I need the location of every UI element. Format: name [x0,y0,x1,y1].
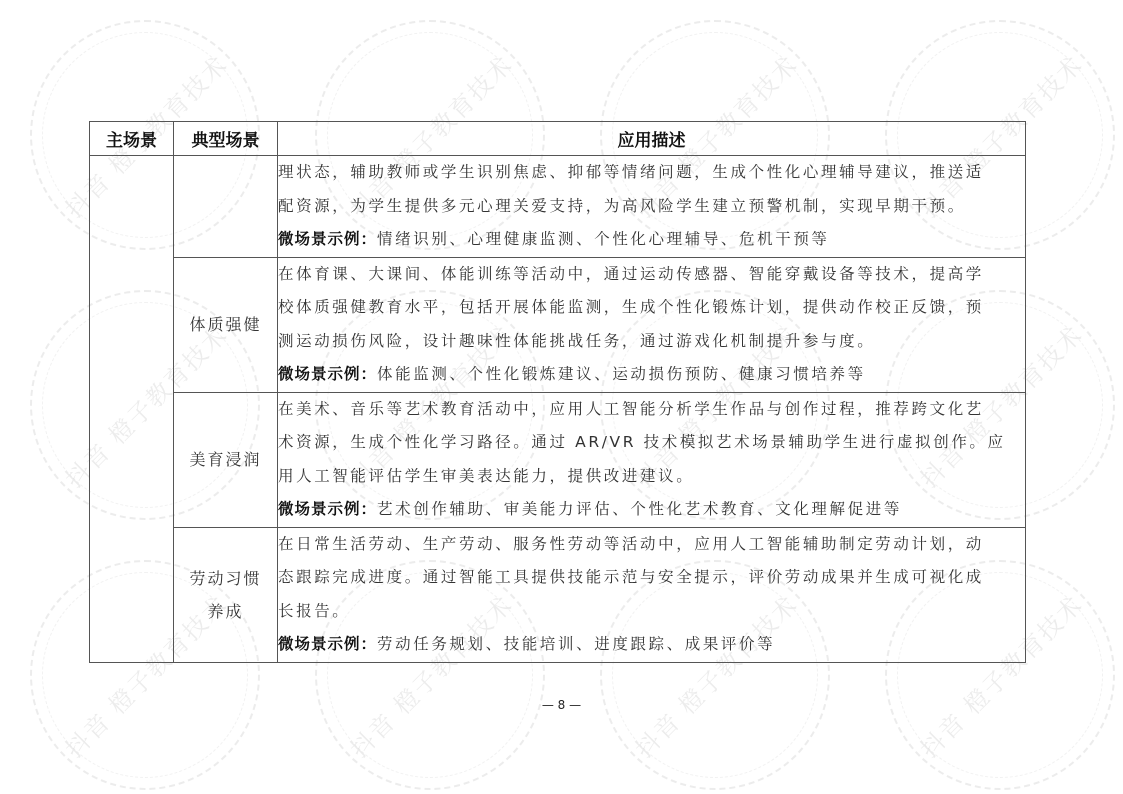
description-line: 长报告。 [278,595,1025,629]
description-line: 术资源，生成个性化学习路径。通过 AR/VR 技术模拟艺术场景辅助学生进行虚拟创… [278,426,1025,460]
table-header-row: 主场景 典型场景 应用描述 [90,122,1026,156]
description-line: 在美术、音乐等艺术教育活动中，应用人工智能分析学生作品与创作过程，推荐跨文化艺 [278,393,1025,427]
header-typical-scene: 典型场景 [174,122,278,156]
description-cell: 理状态，辅助教师或学生识别焦虑、抑郁等情绪问题，生成个性化心理辅导建议，推送适 … [278,156,1026,258]
description-line: 测运动损伤风险，设计趣味性体能挑战任务，通过游戏化机制提升参与度。 [278,325,1025,359]
micro-scene-example: 微场景示例：艺术创作辅助、审美能力评估、个性化艺术教育、文化理解促进等 [278,493,1025,527]
main-scene-cell [90,156,174,663]
micro-scene-example: 微场景示例：情绪识别、心理健康监测、个性化心理辅导、危机干预等 [278,223,1025,257]
micro-scene-text: 情绪识别、心理健康监测、个性化心理辅导、危机干预等 [377,230,830,248]
micro-scene-text: 体能监测、个性化锻炼建议、运动损伤预防、健康习惯培养等 [377,365,866,383]
description-line: 用人工智能评估学生审美表达能力，提供改进建议。 [278,460,1025,494]
description-line: 态跟踪完成进度。通过智能工具提供技能示范与安全提示，评价劳动成果并生成可视化成 [278,561,1025,595]
micro-scene-label: 微场景示例： [278,230,377,248]
typical-scene-line: 养成 [174,595,277,628]
table-row: 美育浸润 在美术、音乐等艺术教育活动中，应用人工智能分析学生作品与创作过程，推荐… [90,392,1026,527]
description-cell: 在美术、音乐等艺术教育活动中，应用人工智能分析学生作品与创作过程，推荐跨文化艺 … [278,392,1026,527]
table-row: 理状态，辅助教师或学生识别焦虑、抑郁等情绪问题，生成个性化心理辅导建议，推送适 … [90,156,1026,258]
table-row: 体质强健 在体育课、大课间、体能训练等活动中，通过运动传感器、智能穿戴设备等技术… [90,257,1026,392]
table-row: 劳动习惯 养成 在日常生活劳动、生产劳动、服务性劳动等活动中，应用人工智能辅助制… [90,527,1026,662]
header-description: 应用描述 [278,122,1026,156]
typical-scene-line: 劳动习惯 [174,562,277,595]
micro-scene-label: 微场景示例： [278,635,377,653]
typical-scene-cell: 劳动习惯 养成 [174,527,278,662]
typical-scene-cell [174,156,278,258]
description-line: 校体质强健教育水平，包括开展体能监测，生成个性化锻炼计划，提供动作校正反馈，预 [278,291,1025,325]
typical-scene-cell: 美育浸润 [174,392,278,527]
description-line: 在体育课、大课间、体能训练等活动中，通过运动传感器、智能穿戴设备等技术，提高学 [278,258,1025,292]
description-line: 配资源，为学生提供多元心理关爱支持，为高风险学生建立预警机制，实现早期干预。 [278,190,1025,224]
scenario-table: 主场景 典型场景 应用描述 理状态，辅助教师或学生识别焦虑、抑郁等情绪问题，生成… [89,121,1026,663]
micro-scene-text: 劳动任务规划、技能培训、进度跟踪、成果评价等 [377,635,775,653]
typical-scene-cell: 体质强健 [174,257,278,392]
description-line: 理状态，辅助教师或学生识别焦虑、抑郁等情绪问题，生成个性化心理辅导建议，推送适 [278,156,1025,190]
page-number: — 8 — [0,698,1123,712]
micro-scene-example: 微场景示例：体能监测、个性化锻炼建议、运动损伤预防、健康习惯培养等 [278,358,1025,392]
micro-scene-label: 微场景示例： [278,365,377,383]
header-main-scene: 主场景 [90,122,174,156]
description-cell: 在体育课、大课间、体能训练等活动中，通过运动传感器、智能穿戴设备等技术，提高学 … [278,257,1026,392]
micro-scene-text: 艺术创作辅助、审美能力评估、个性化艺术教育、文化理解促进等 [377,500,902,518]
document-page: 主场景 典型场景 应用描述 理状态，辅助教师或学生识别焦虑、抑郁等情绪问题，生成… [0,0,1123,794]
description-cell: 在日常生活劳动、生产劳动、服务性劳动等活动中，应用人工智能辅助制定劳动计划，动 … [278,527,1026,662]
micro-scene-example: 微场景示例：劳动任务规划、技能培训、进度跟踪、成果评价等 [278,628,1025,662]
micro-scene-label: 微场景示例： [278,500,377,518]
description-line: 在日常生活劳动、生产劳动、服务性劳动等活动中，应用人工智能辅助制定劳动计划，动 [278,528,1025,562]
